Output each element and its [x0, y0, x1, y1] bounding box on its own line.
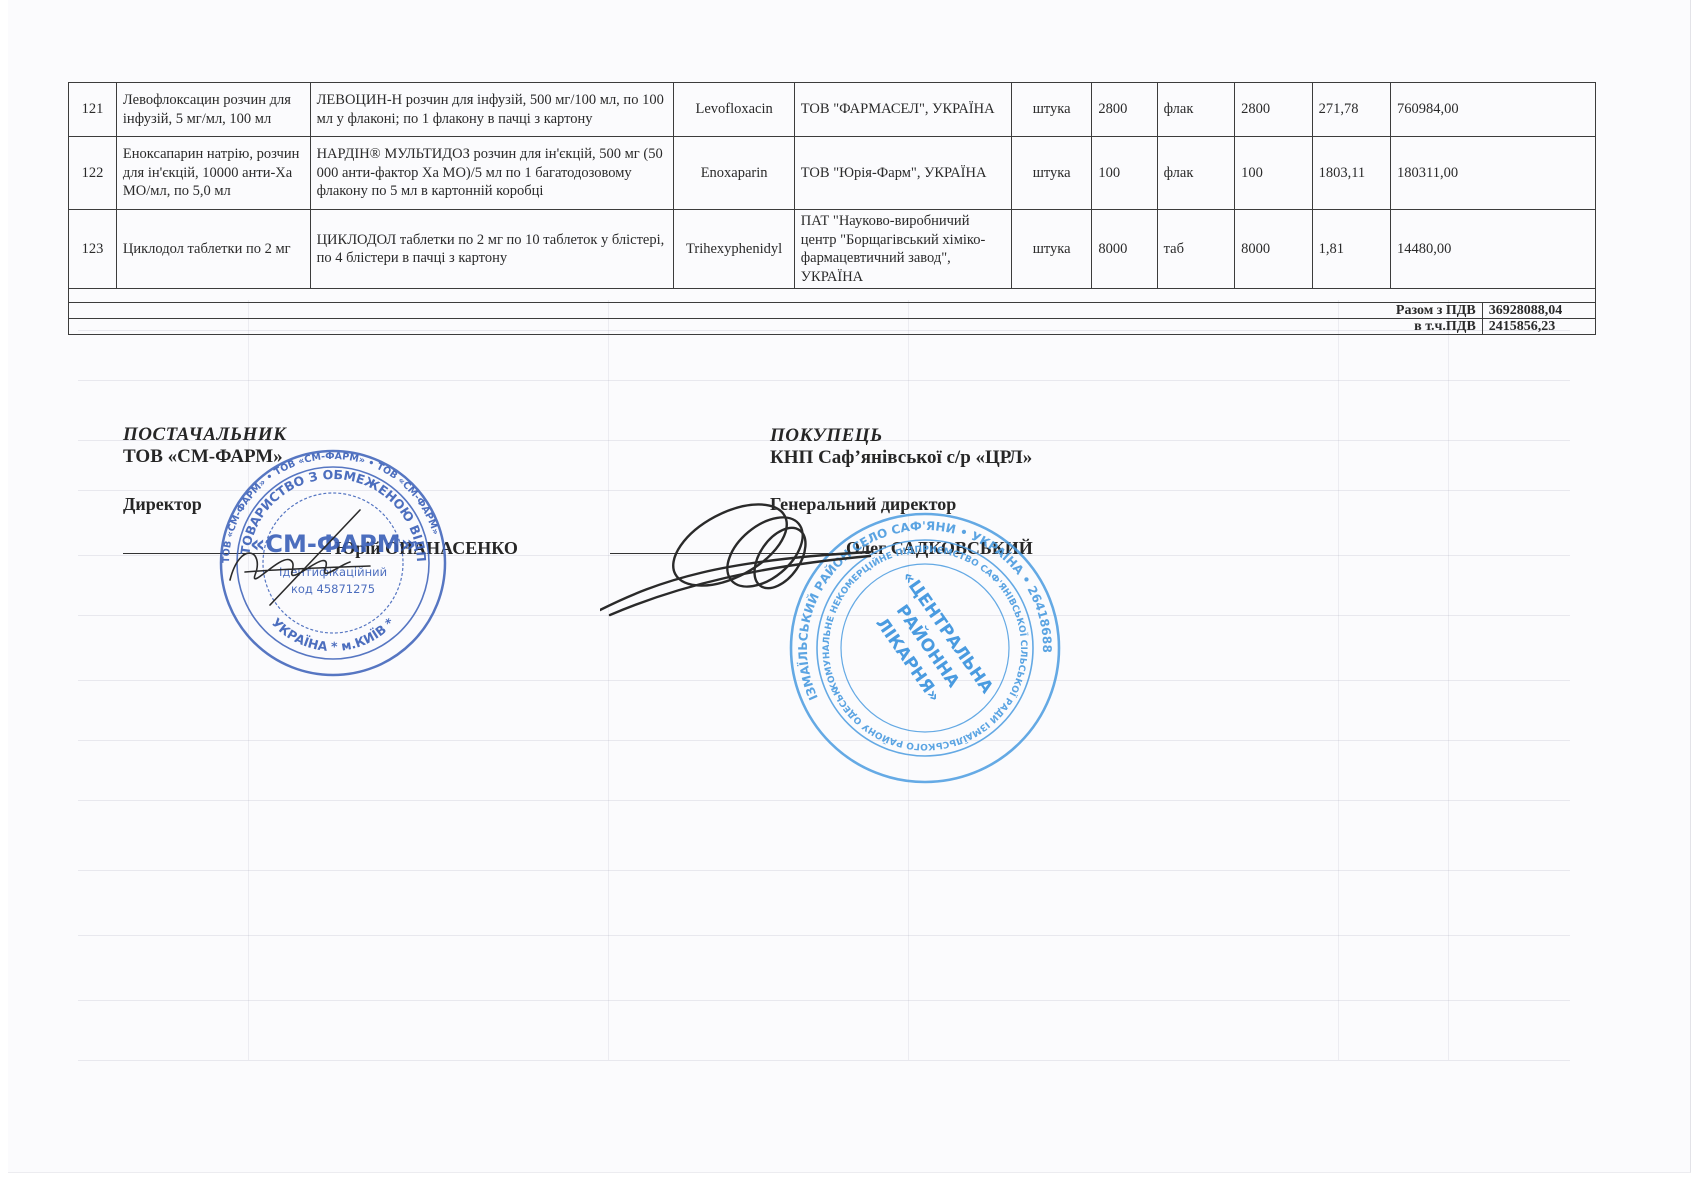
ghost-line — [78, 680, 1570, 681]
trade-name-cell: ЛЕВОЦИН-Н розчин для інфузій, 500 мг/100… — [310, 83, 674, 137]
manufacturer-cell: ПАТ "Науково-виробничий центр "Борщагівс… — [794, 210, 1011, 289]
buyer-signatory: Олег САДКОВСЬКИЙ — [846, 538, 1033, 558]
ghost-line — [908, 300, 909, 1060]
total-label: Разом з ПДВ — [69, 303, 1483, 319]
ghost-line — [248, 300, 249, 1060]
item-name-cell: Левофлоксацин розчин для інфузій, 5 мг/м… — [116, 83, 310, 137]
table-row: 121Левофлоксацин розчин для інфузій, 5 м… — [69, 83, 1596, 137]
supplier-role: ПОСТАЧАЛЬНИК — [123, 424, 518, 446]
ghost-line — [78, 740, 1570, 741]
buyer-role: ПОКУПЕЦЬ — [770, 425, 1033, 447]
sum-cell: 760984,00 — [1391, 83, 1596, 137]
ghost-line — [78, 615, 1570, 616]
buyer-signature-line: Олег САДКОВСЬКИЙ — [610, 538, 1033, 559]
buyer-position: Генеральний директор — [770, 494, 1033, 515]
ghost-line — [1448, 300, 1449, 1060]
buyer-org: КНП Саф’янівської с/р «ЦРЛ» — [770, 447, 1033, 469]
row-number-cell: 123 — [69, 210, 117, 289]
table-row: 123Циклодол таблетки по 2 мгЦИКЛОДОЛ таб… — [69, 210, 1596, 289]
supplier-org: ТОВ «СМ-ФАРМ» — [123, 446, 518, 468]
ghost-line — [78, 1060, 1570, 1061]
supplier-signature-line: Юрій ОНАНАСЕНКО — [123, 538, 518, 559]
ghost-line — [78, 935, 1570, 936]
ghost-line — [78, 1000, 1570, 1001]
row-number-cell: 122 — [69, 137, 117, 210]
table-spacer-row — [69, 289, 1596, 303]
price-cell: 1803,11 — [1312, 137, 1390, 210]
pack-quantity-cell: 2800 — [1235, 83, 1312, 137]
total-row: Разом з ПДВ 36928088,04 — [69, 303, 1596, 319]
ghost-line — [608, 300, 609, 1060]
table-row: 122Еноксапарин натрію, розчин для ін'єкц… — [69, 137, 1596, 210]
vat-row: в т.ч.ПДВ 2415856,23 — [69, 319, 1596, 335]
buyer-block: ПОКУПЕЦЬ КНП Саф’янівської с/р «ЦРЛ» Ген… — [770, 425, 1033, 559]
inn-cell: Levofloxacin — [674, 83, 794, 137]
quantity-cell: 2800 — [1092, 83, 1157, 137]
pack-unit-cell: таб — [1157, 210, 1234, 289]
quantity-cell: 100 — [1092, 137, 1157, 210]
vat-label: в т.ч.ПДВ — [69, 319, 1483, 335]
unit-cell: штука — [1011, 83, 1092, 137]
inn-cell: Enoxaparin — [674, 137, 794, 210]
price-cell: 271,78 — [1312, 83, 1390, 137]
supplier-signatory: Юрій ОНАНАСЕНКО — [335, 538, 518, 558]
manufacturer-cell: ТОВ "ФАРМАСЕЛ", УКРАЇНА — [794, 83, 1011, 137]
pack-unit-cell: флак — [1157, 137, 1234, 210]
signature-line — [610, 553, 842, 554]
quantity-cell: 8000 — [1092, 210, 1157, 289]
ghost-line — [78, 800, 1570, 801]
ghost-line — [78, 380, 1570, 381]
item-name-cell: Циклодол таблетки по 2 мг — [116, 210, 310, 289]
row-number-cell: 121 — [69, 83, 117, 137]
supplier-block: ПОСТАЧАЛЬНИК ТОВ «СМ-ФАРМ» Директор Юрій… — [123, 424, 518, 559]
sum-cell: 180311,00 — [1391, 137, 1596, 210]
trade-name-cell: ЦИКЛОДОЛ таблетки по 2 мг по 10 таблеток… — [310, 210, 674, 289]
pack-quantity-cell: 8000 — [1235, 210, 1312, 289]
signature-line — [123, 553, 331, 554]
pack-quantity-cell: 100 — [1235, 137, 1312, 210]
item-name-cell: Еноксапарин натрію, розчин для ін'єкцій,… — [116, 137, 310, 210]
manufacturer-cell: ТОВ "Юрія-Фарм", УКРАЇНА — [794, 137, 1011, 210]
supplier-position: Директор — [123, 494, 518, 515]
unit-cell: штука — [1011, 137, 1092, 210]
unit-cell: штука — [1011, 210, 1092, 289]
ghost-line — [1338, 300, 1339, 1060]
inn-cell: Trihexyphenidyl — [674, 210, 794, 289]
sum-cell: 14480,00 — [1391, 210, 1596, 289]
pack-unit-cell: флак — [1157, 83, 1234, 137]
vat-value: 2415856,23 — [1482, 319, 1595, 335]
price-cell: 1,81 — [1312, 210, 1390, 289]
trade-name-cell: НАРДІН® МУЛЬТИДОЗ розчин для ін'єкцій, 5… — [310, 137, 674, 210]
total-value: 36928088,04 — [1482, 303, 1595, 319]
specification-table: 121Левофлоксацин розчин для інфузій, 5 м… — [68, 82, 1596, 335]
ghost-line — [78, 870, 1570, 871]
